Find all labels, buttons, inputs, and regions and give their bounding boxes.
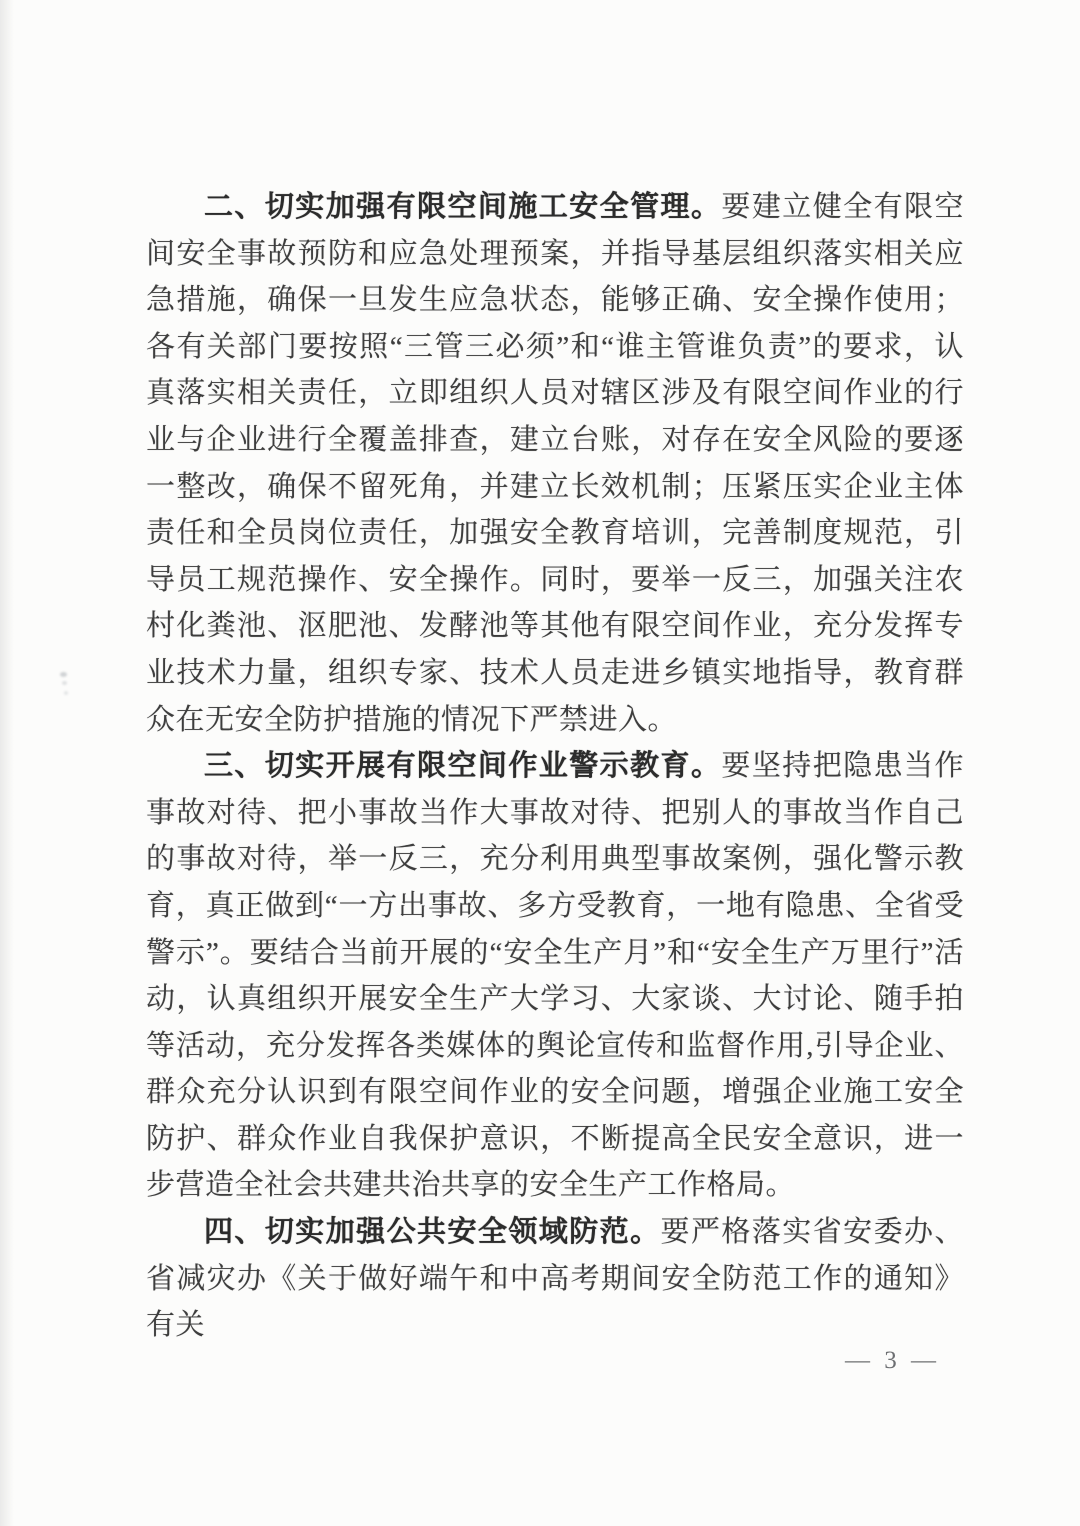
paragraph-2-text: 要建立健全有限空间安全事故预防和应急处理预案，并指导基层组织落实相关应急措施，确…	[146, 191, 964, 736]
scan-smudge-mark	[58, 672, 72, 698]
paragraph-section-3: 三、切实开展有限空间作业警示教育。要坚持把隐患当作事故对待、把小事故当作大事故对…	[146, 743, 964, 1209]
paragraph-2-heading: 二、切实加强有限空间施工安全管理。	[204, 191, 721, 223]
paragraph-4-heading: 四、切实加强公共安全领域防范。	[204, 1216, 661, 1248]
document-page: 二、切实加强有限空间施工安全管理。要建立健全有限空间安全事故预防和应急处理预案，…	[0, 0, 1080, 1526]
page-number: — 3 —	[845, 1347, 940, 1375]
paragraph-section-2: 二、切实加强有限空间施工安全管理。要建立健全有限空间安全事故预防和应急处理预案，…	[146, 184, 964, 743]
paragraph-3-heading: 三、切实开展有限空间作业警示教育。	[204, 750, 721, 782]
document-body: 二、切实加强有限空间施工安全管理。要建立健全有限空间安全事故预防和应急处理预案，…	[146, 184, 964, 1349]
paragraph-3-text: 要坚持把隐患当作事故对待、把小事故当作大事故对待、把别人的事故当作自己的事故对待…	[146, 750, 964, 1201]
paragraph-section-4: 四、切实加强公共安全领域防范。要严格落实省安委办、省减灾办《关于做好端午和中高考…	[146, 1209, 964, 1349]
